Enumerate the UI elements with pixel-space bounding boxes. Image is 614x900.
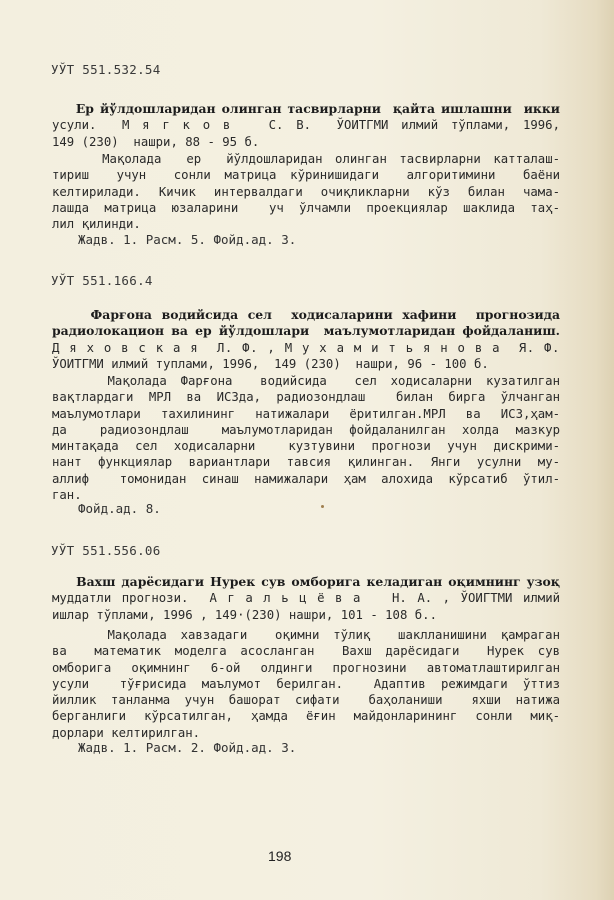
abstract-line: Мақолада хавзадаги оқимни тўлиқ шакллани… [52, 627, 560, 643]
article-title: Ер йўлдошларидан олинган тасвирларни қай… [52, 101, 560, 117]
document-page: УЎТ 551.532.54 Ер йўлдошларидан олинган … [0, 0, 614, 900]
abstract-line: усули тўғрисида маълумот берилган. Адапт… [52, 676, 560, 692]
article-citation: усули. М я г к о в С. В. ЎОИТГМИ илмий т… [52, 117, 560, 133]
abstract-line: Мақолада Фарғона водийсида сел ходисалар… [52, 373, 560, 389]
abstract-line: лил қилинди. [52, 216, 560, 232]
entry-heading: Ер йўлдошларидан олинган тасвирларни қай… [52, 101, 560, 150]
abstract-line: да радиозондлаш маълумотларидан фойдалан… [52, 422, 560, 438]
abstract-line: ва математик моделга асосланган Вахш дар… [52, 643, 560, 659]
abstract-line: вақтлардаги МРЛ ва ИСЗда, радиозондлаш б… [52, 389, 560, 405]
article-citation: муддатли прогнози. А г а л ь ц ё в а Н. … [52, 590, 560, 606]
abstract-line: маълумотлари тахилининг натижалари ёрити… [52, 406, 560, 422]
abstract-line: тириш учун сонли матрица кўринишидаги ал… [52, 167, 560, 183]
paper-speck [321, 505, 324, 508]
article-title: Фарғона водийсида сел ходисаларини хафин… [52, 307, 560, 323]
article-citation: 149 (230) нашри, 88 - 95 б. [52, 134, 560, 150]
article-footnote: Жадв. 1. Расм. 5. Фойд.ад. 3. [78, 232, 296, 247]
abstract-line: йиллик танланма учун башорат сифати баҳо… [52, 692, 560, 708]
article-citation: ишлар тўплами, 1996 , 149·(230) нашри, 1… [52, 607, 560, 623]
article-title: радиолокацион ва ер йўлдошлари маълумотл… [52, 323, 560, 339]
abstract-line: аллиф томонидан синаш намижалари ҳам ало… [52, 471, 560, 487]
abstract-line: дорлари келтирилган. [52, 725, 560, 741]
abstract-line: минтақада сел ходисаларни кузтувини прог… [52, 438, 560, 454]
entry-heading: Вахш дарёсидаги Нурек сув омборига келад… [52, 574, 560, 623]
article-abstract: Мақолада ер йўлдошларидан олинган тасвир… [52, 151, 560, 232]
abstract-line: келтирилади. Кичик интервалдаги очиқликл… [52, 184, 560, 200]
abstract-line: берганлиги кўрсатилган, ҳамда ёғин майдо… [52, 708, 560, 724]
article-abstract: Мақолада Фарғона водийсида сел ходисалар… [52, 373, 560, 503]
article-citation: ЎОИТГМИ илмий туплами, 1996, 149 (230) н… [52, 356, 560, 372]
abstract-line: Мақолада ер йўлдошларидан олинган тасвир… [52, 151, 560, 167]
article-authors: Д я х о в с к а я Л. Ф. , М у х а м и т … [52, 340, 560, 356]
abstract-line: лашда матрица юзаларини уч ўлчамли проек… [52, 200, 560, 216]
article-footnote: Жадв. 1. Расм. 2. Фойд.ад. 3. [78, 740, 296, 755]
abstract-line: нант функциялар вариантлари тавсия қилин… [52, 454, 560, 470]
article-footnote: Фойд.ад. 8. [78, 501, 161, 516]
udk-code: УЎТ 551.166.4 [51, 273, 153, 288]
entry-heading: Фарғона водийсида сел ходисаларини хафин… [52, 307, 560, 372]
article-title: Вахш дарёсидаги Нурек сув омборига келад… [52, 574, 560, 590]
udk-code: УЎТ 551.532.54 [51, 62, 161, 77]
udk-code: УЎТ 551.556.06 [51, 543, 161, 558]
page-number: 198 [268, 848, 291, 864]
article-abstract: Мақолада хавзадаги оқимни тўлиқ шакллани… [52, 627, 560, 741]
abstract-line: омборига оқимнинг 6-ой олдинги прогнозин… [52, 660, 560, 676]
